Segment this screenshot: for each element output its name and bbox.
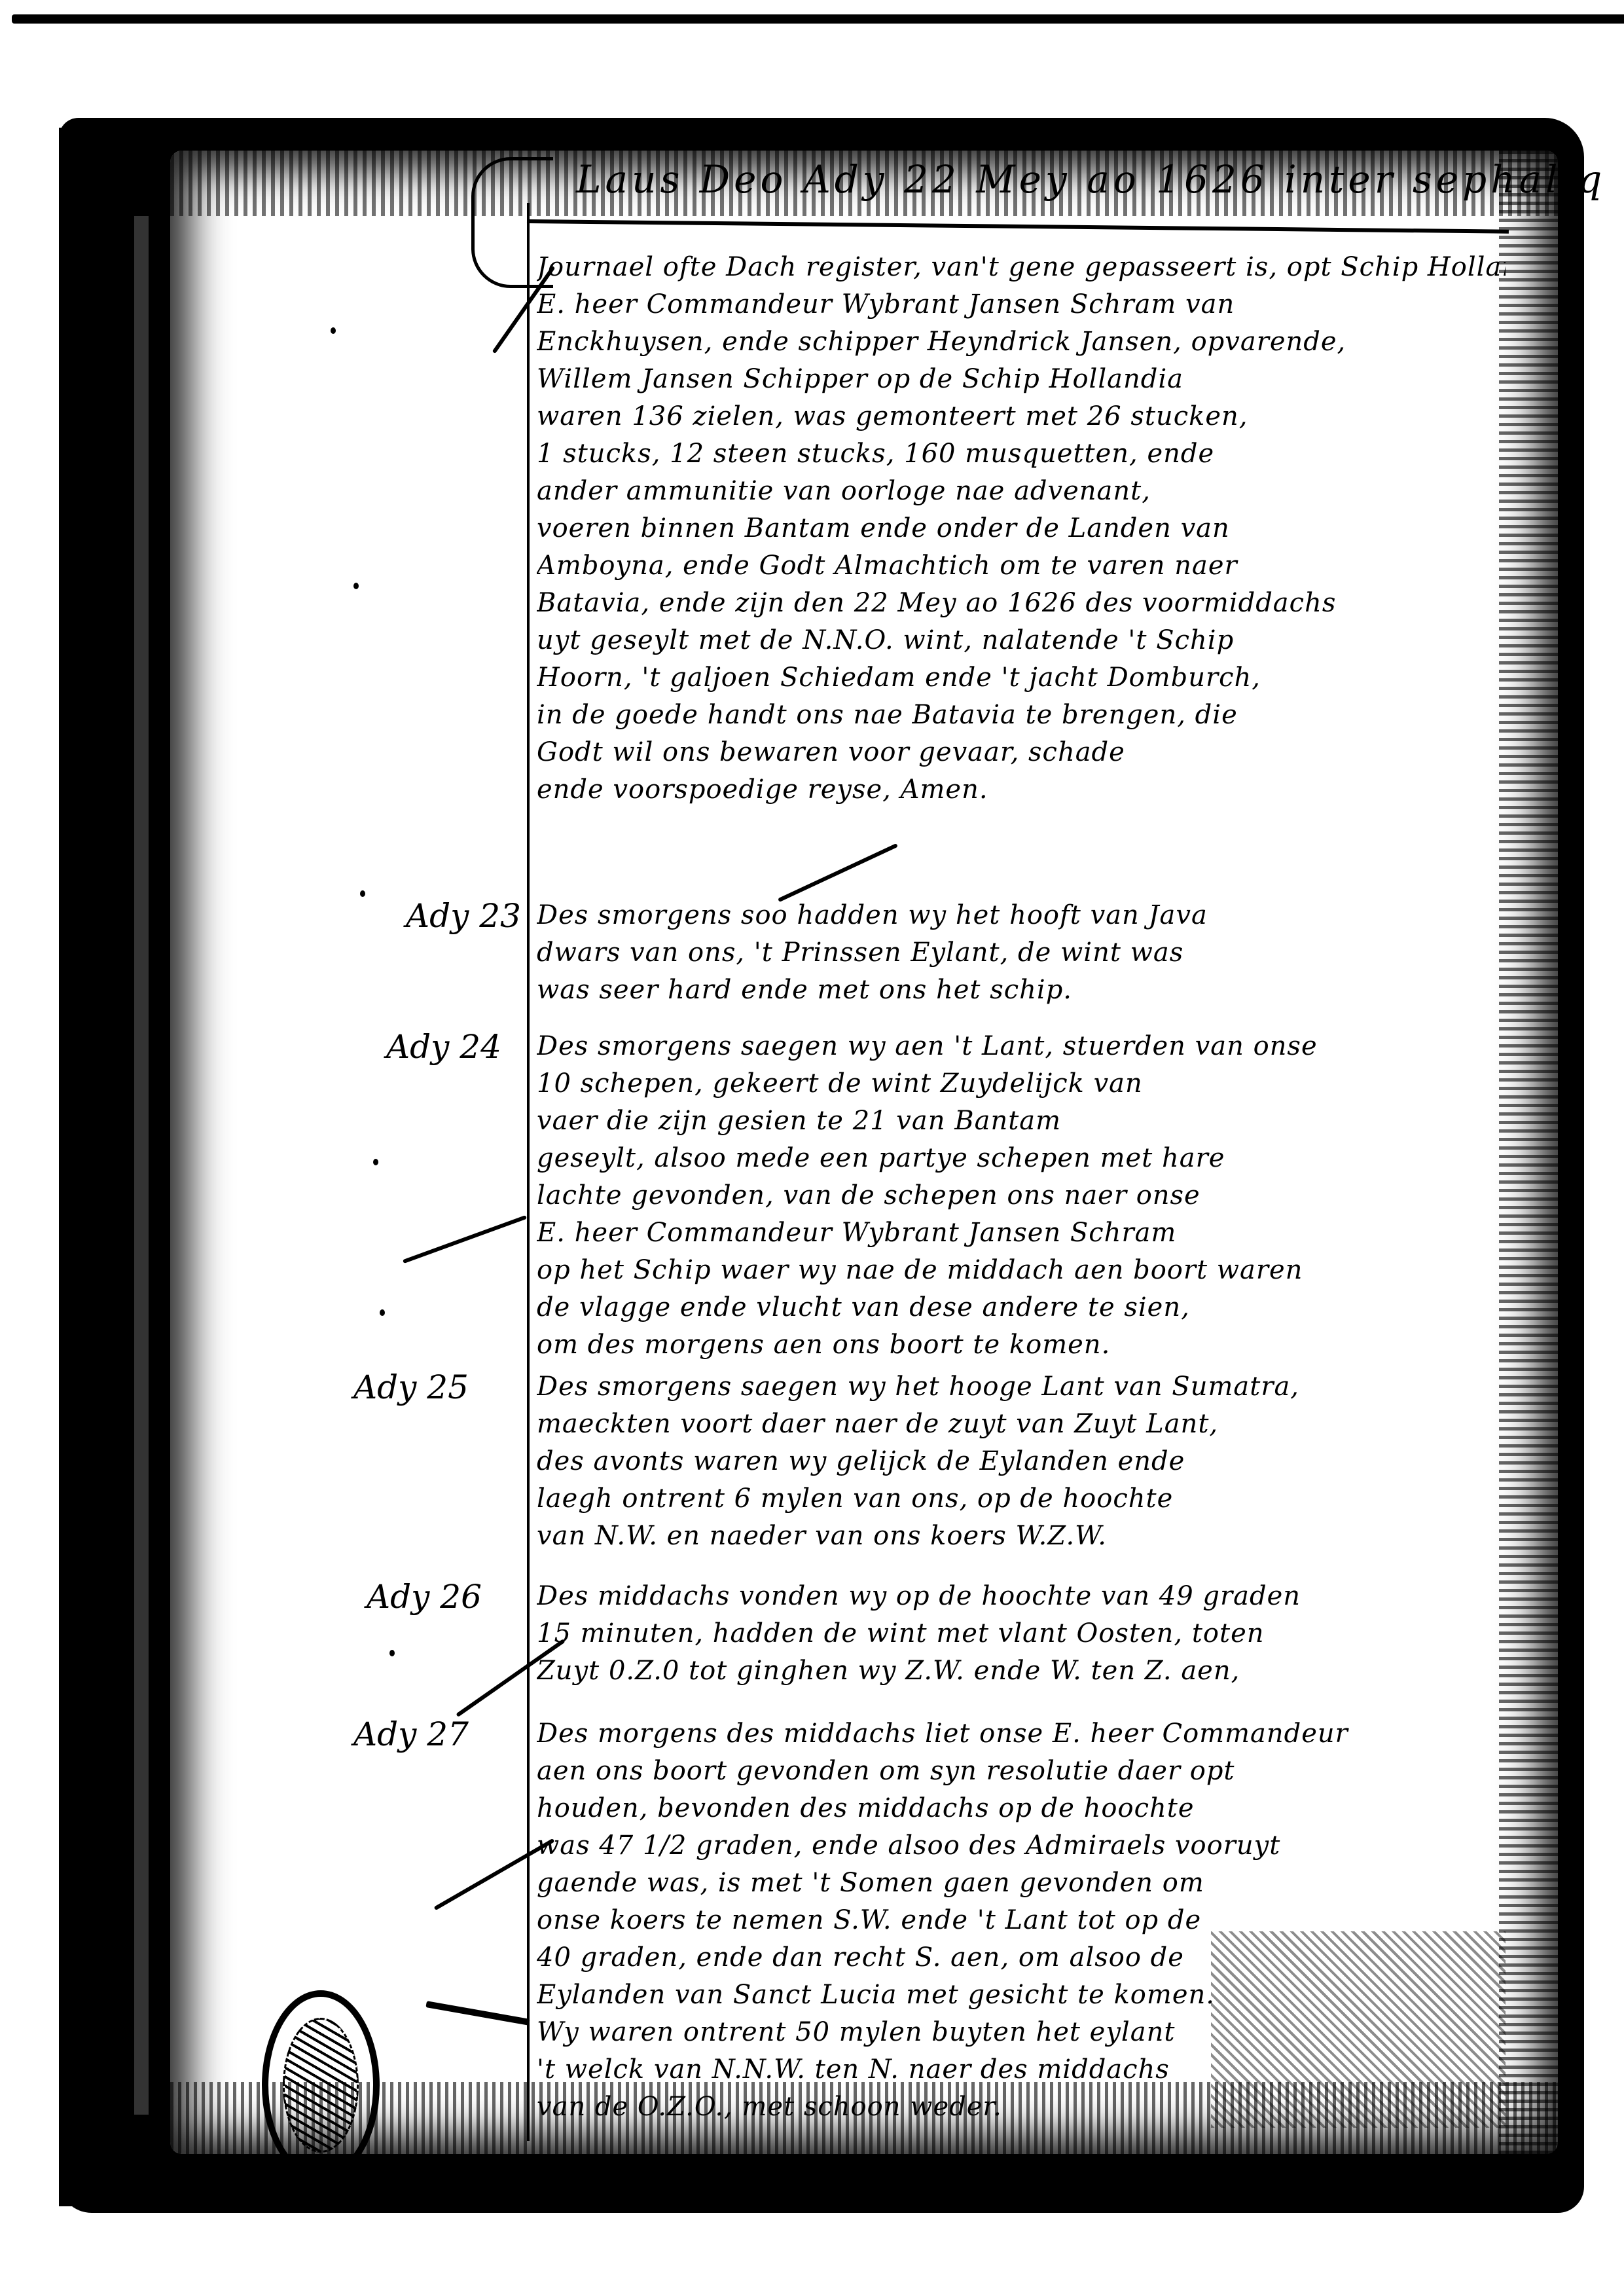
- scan-top-rule: [12, 14, 1624, 24]
- text-line: E. heer Commandeur Wybrant Jansen Schram…: [537, 286, 1506, 323]
- entry-ady-26: Des middachs vonden wy op de hoochte van…: [537, 1578, 1506, 1690]
- text-line: Hoorn, 't galjoen Schiedam ende 't jacht…: [537, 659, 1506, 697]
- margin-date: Ady 23: [406, 897, 521, 935]
- text-line: 15 minuten, hadden de wint met vlant Oos…: [537, 1615, 1506, 1652]
- ink-mark: [380, 1309, 385, 1316]
- text-line: ende voorspoedige reyse, Amen.: [537, 771, 1506, 809]
- text-line: de vlagge ende vlucht van dese andere te…: [537, 1289, 1506, 1326]
- text-line: Des smorgens saegen wy het hooge Lant va…: [537, 1368, 1506, 1406]
- text-line: 10 schepen, gekeert de wint Zuydelijck v…: [537, 1065, 1506, 1102]
- text-line: 40 graden, ende dan recht S. aen, om als…: [537, 1939, 1506, 1977]
- text-line: lachte gevonden, van de schepen ons naer…: [537, 1177, 1506, 1214]
- ink-mark: [331, 327, 336, 334]
- text-line: was seer hard ende met ons het schip.: [537, 972, 1506, 1009]
- text-line: Willem Jansen Schipper op de Schip Holla…: [537, 361, 1506, 398]
- stamp-emblem: [283, 2018, 359, 2153]
- ink-mark: [353, 583, 359, 589]
- text-line: Des smorgens saegen wy aen 't Lant, stue…: [537, 1028, 1506, 1065]
- text-line: Batavia, ende zijn den 22 Mey ao 1626 de…: [537, 585, 1506, 622]
- text-line: laegh ontrent 6 mylen van ons, op de hoo…: [537, 1480, 1506, 1518]
- text-line: 1 stucks, 12 steen stucks, 160 musquette…: [537, 435, 1506, 473]
- text-line: was 47 1/2 graden, ende alsoo des Admira…: [537, 1827, 1506, 1865]
- text-line: Godt wil ons bewaren voor gevaar, schade: [537, 734, 1506, 771]
- ink-mark: [389, 1650, 395, 1656]
- text-line: vaer die zijn gesien te 21 van Bantam: [537, 1102, 1506, 1140]
- text-line: geseylt, alsoo mede een partye schepen m…: [537, 1140, 1506, 1177]
- text-line: Des morgens des middachs liet onse E. he…: [537, 1715, 1506, 1753]
- margin-date: Ady 25: [353, 1368, 469, 1406]
- margin-rule: [527, 203, 530, 2141]
- page-header: Laus Deo Ady 22 Mey ao 1626 inter sephal…: [576, 157, 1606, 202]
- entry-ady-27: Des morgens des middachs liet onse E. he…: [537, 1715, 1506, 2126]
- text-line: waren 136 zielen, was gemonteert met 26 …: [537, 398, 1506, 435]
- book-spine: [59, 128, 131, 2206]
- text-line: 't welck van N.N.W. ten N. naer des midd…: [537, 2051, 1506, 2088]
- margin-date: Ady 27: [353, 1715, 469, 1753]
- margin-date: Ady 26: [367, 1578, 482, 1616]
- text-line: Enckhuysen, ende schipper Heyndrick Jans…: [537, 323, 1506, 361]
- entry-ady-24: Des smorgens saegen wy aen 't Lant, stue…: [537, 1028, 1506, 1364]
- entry-opening: Journael ofte Dach register, van't gene …: [537, 249, 1506, 809]
- text-line: Des middachs vonden wy op de hoochte van…: [537, 1578, 1506, 1615]
- text-line: Amboyna, ende Godt Almachtich om te vare…: [537, 547, 1506, 585]
- text-line: op het Schip waer wy nae de middach aen …: [537, 1252, 1506, 1289]
- text-line: des avonts waren wy gelijck de Eylanden …: [537, 1443, 1506, 1480]
- text-line: gaende was, is met 't Somen gaen gevonde…: [537, 1865, 1506, 1902]
- text-line: in de goede handt ons nae Batavia te bre…: [537, 697, 1506, 734]
- scan-noise-right: [1499, 151, 1558, 2154]
- text-line: voeren binnen Bantam ende onder de Lande…: [537, 510, 1506, 547]
- text-line: houden, bevonden des middachs op de hooc…: [537, 1790, 1506, 1827]
- spine-gap: [134, 216, 149, 2115]
- text-line: maeckten voort daer naer de zuyt van Zuy…: [537, 1406, 1506, 1443]
- text-line: E. heer Commandeur Wybrant Jansen Schram: [537, 1214, 1506, 1252]
- text-line: van de O.Z.O., met schoon weder.: [537, 2088, 1506, 2126]
- ink-mark: [360, 890, 365, 897]
- text-line: Wy waren ontrent 50 mylen buyten het eyl…: [537, 2014, 1506, 2051]
- text-line: dwars van ons, 't Prinssen Eylant, de wi…: [537, 934, 1506, 972]
- text-line: onse koers te nemen S.W. ende 't Lant to…: [537, 1902, 1506, 1939]
- entry-ady-25: Des smorgens saegen wy het hooge Lant va…: [537, 1368, 1506, 1555]
- text-line: om des morgens aen ons boort te komen.: [537, 1326, 1506, 1364]
- text-line: Eylanden van Sanct Lucia met gesicht te …: [537, 1977, 1506, 2014]
- text-line: van N.W. en naeder van ons koers W.Z.W.: [537, 1518, 1506, 1555]
- text-line: aen ons boort gevonden om syn resolutie …: [537, 1753, 1506, 1790]
- archive-stamp: [262, 1990, 380, 2180]
- text-line: Des smorgens soo hadden wy het hooft van…: [537, 897, 1506, 934]
- text-line: Zuyt 0.Z.0 tot ginghen wy Z.W. ende W. t…: [537, 1652, 1506, 1690]
- text-line: Journael ofte Dach register, van't gene …: [537, 249, 1506, 286]
- margin-date: Ady 24: [386, 1028, 501, 1066]
- ink-mark: [373, 1159, 378, 1165]
- text-line: uyt geseylt met de N.N.O. wint, nalatend…: [537, 622, 1506, 659]
- text-line: ander ammunitie van oorloge nae advenant…: [537, 473, 1506, 510]
- entry-ady-23: Des smorgens soo hadden wy het hooft van…: [537, 897, 1506, 1009]
